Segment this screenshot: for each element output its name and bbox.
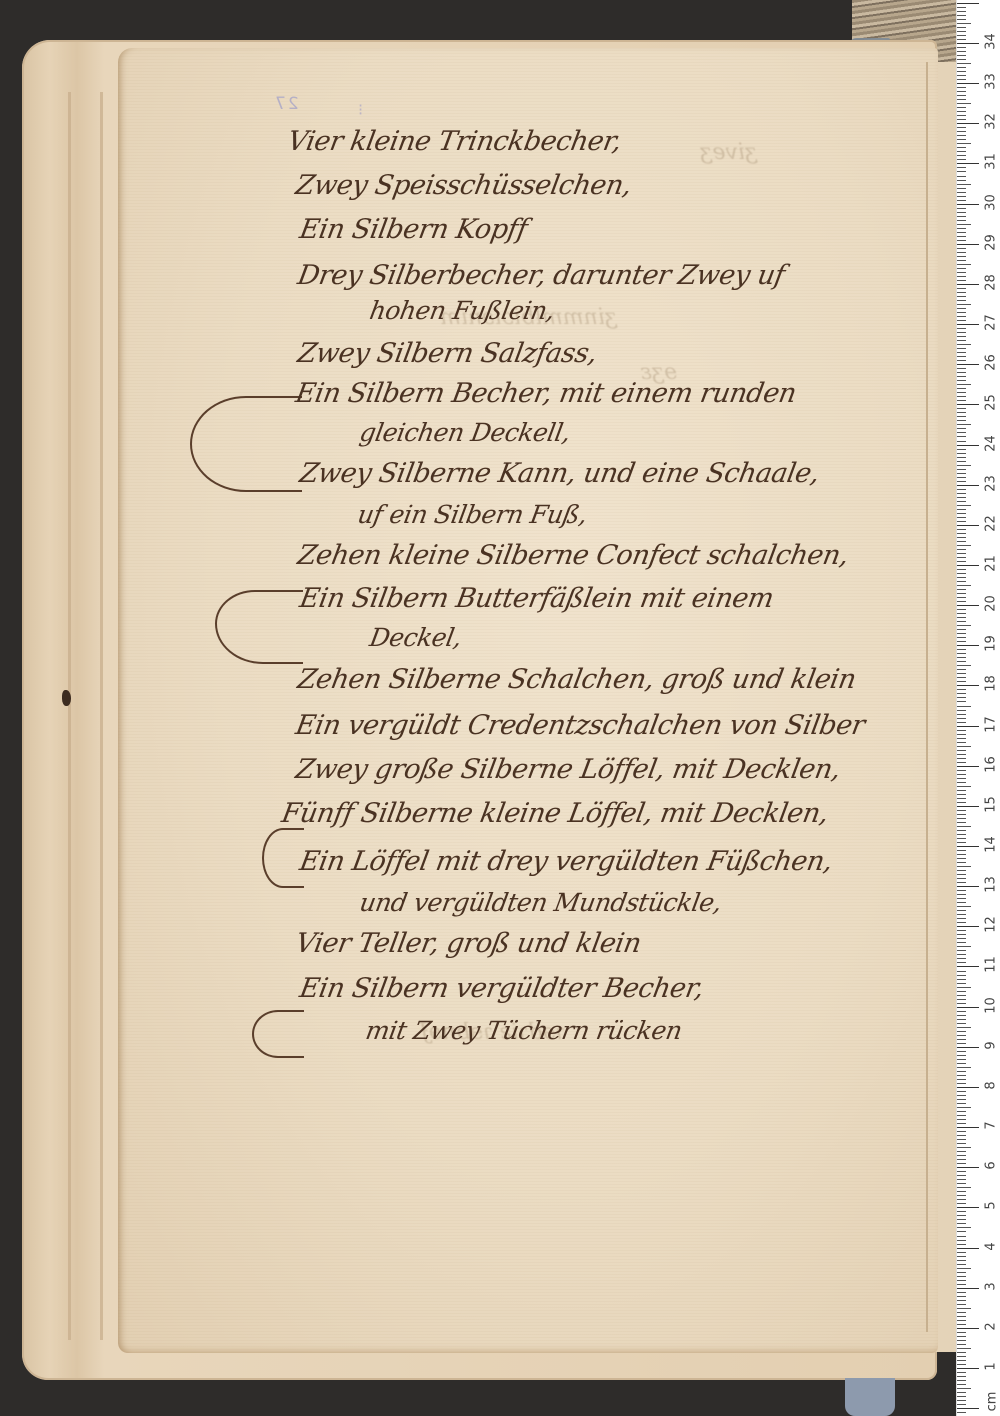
ruler-label: 18 bbox=[984, 675, 999, 693]
capital-flourish bbox=[262, 828, 304, 888]
ruler-label: 13 bbox=[984, 876, 999, 894]
ruler-tick bbox=[957, 938, 966, 939]
ruler-tick bbox=[957, 107, 966, 108]
ruler-tick bbox=[957, 1240, 966, 1241]
ruler-tick bbox=[957, 1123, 966, 1124]
ruler-tick bbox=[957, 838, 966, 839]
ruler-tick bbox=[957, 605, 979, 606]
ruler-tick bbox=[957, 930, 966, 931]
ruler-label: 20 bbox=[984, 595, 999, 613]
ruler-tick bbox=[957, 497, 966, 498]
ruler-tick bbox=[957, 794, 966, 795]
ruler-tick bbox=[957, 220, 966, 221]
ruler-label: 25 bbox=[984, 394, 999, 412]
ruler-tick bbox=[957, 43, 979, 44]
ruler-tick bbox=[957, 1003, 966, 1004]
page-edge-line bbox=[68, 92, 71, 1340]
ruler-tick bbox=[957, 1191, 966, 1192]
ruler-tick bbox=[957, 332, 966, 333]
ruler-label: 26 bbox=[984, 354, 999, 372]
ruler-tick bbox=[957, 1260, 966, 1261]
ruler-tick bbox=[957, 83, 979, 84]
ruler-tick bbox=[957, 537, 966, 538]
ruler-tick bbox=[957, 1091, 966, 1092]
ruler-tick bbox=[957, 629, 966, 630]
ruler-tick bbox=[957, 63, 971, 64]
ruler-tick bbox=[957, 1308, 971, 1309]
ruler-label: 14 bbox=[984, 836, 999, 854]
manuscript-line: Zehen kleine Silberne Confect schalchen, bbox=[295, 540, 850, 571]
ruler-tick bbox=[957, 529, 966, 530]
ruler-tick bbox=[957, 1143, 966, 1144]
page-fold-line bbox=[926, 62, 928, 1332]
ruler-tick bbox=[957, 457, 966, 458]
ruler-tick bbox=[957, 1219, 966, 1220]
ruler-tick bbox=[957, 1352, 966, 1353]
ruler-label: 22 bbox=[984, 514, 999, 532]
ruler-tick bbox=[957, 886, 979, 887]
ruler-tick bbox=[957, 898, 966, 899]
ruler-unit: cm bbox=[984, 1392, 999, 1412]
ruler-tick bbox=[957, 922, 966, 923]
capital-flourish bbox=[190, 396, 302, 492]
ruler-tick bbox=[957, 1248, 979, 1249]
ruler-tick bbox=[957, 846, 979, 847]
ruler-tick bbox=[957, 786, 971, 787]
ruler-tick bbox=[957, 1031, 966, 1032]
ruler-tick bbox=[957, 1007, 979, 1008]
ruler-tick bbox=[957, 862, 966, 863]
ruler-tick bbox=[957, 167, 966, 168]
manuscript-line: Ein Silbern Butterfäßlein mit einem bbox=[297, 583, 776, 614]
ruler-tick bbox=[957, 1376, 966, 1377]
ruler-tick bbox=[957, 934, 966, 935]
ruler-tick bbox=[957, 1051, 966, 1052]
ruler-tick bbox=[957, 966, 979, 967]
ruler-tick bbox=[957, 669, 966, 670]
ruler-tick bbox=[957, 51, 966, 52]
ruler-tick bbox=[957, 268, 966, 269]
ruler-tick bbox=[957, 1328, 979, 1329]
ruler-tick bbox=[957, 1324, 966, 1325]
ruler-tick bbox=[957, 902, 966, 903]
ruler-tick bbox=[957, 1280, 966, 1281]
ruler-tick bbox=[957, 1372, 966, 1373]
capital-flourish bbox=[252, 1010, 304, 1058]
ruler-tick bbox=[957, 569, 966, 570]
ruler-tick bbox=[957, 155, 966, 156]
ruler-tick bbox=[957, 300, 966, 301]
ruler-tick bbox=[957, 673, 966, 674]
manuscript-line: Zehen Silberne Schalchen, groß und klein bbox=[295, 664, 858, 695]
manuscript-line: mit Zwey Tüchern rücken bbox=[363, 1016, 684, 1045]
ruler-tick bbox=[957, 360, 966, 361]
ruler-label: 12 bbox=[984, 916, 999, 934]
ruler-tick bbox=[957, 1199, 966, 1200]
ruler-label: 23 bbox=[984, 474, 999, 492]
ruler-tick bbox=[957, 1288, 979, 1289]
ruler-tick bbox=[957, 1348, 971, 1349]
ruler-tick bbox=[957, 766, 979, 767]
ruler-tick bbox=[957, 814, 966, 815]
ruler-tick bbox=[957, 453, 966, 454]
ruler-tick bbox=[957, 1264, 966, 1265]
ruler-tick bbox=[957, 356, 966, 357]
ruler-tick bbox=[957, 59, 966, 60]
ruler-tick bbox=[957, 428, 966, 429]
ruler-tick bbox=[957, 573, 966, 574]
ruler-tick bbox=[957, 1384, 966, 1385]
ruler-tick bbox=[957, 135, 966, 136]
ruler-tick bbox=[957, 1316, 966, 1317]
ruler-label: 11 bbox=[984, 956, 999, 974]
ruler-tick bbox=[957, 1360, 966, 1361]
ruler-tick bbox=[957, 549, 966, 550]
ruler-tick bbox=[957, 1215, 966, 1216]
ruler-label: 29 bbox=[984, 233, 999, 251]
ruler-tick bbox=[957, 657, 966, 658]
ruler-tick bbox=[957, 336, 966, 337]
ruler-tick bbox=[957, 1392, 966, 1393]
ruler-tick bbox=[957, 364, 979, 365]
ruler-tick bbox=[957, 521, 966, 522]
ruler-tick bbox=[957, 541, 966, 542]
ruler-tick bbox=[957, 260, 966, 261]
ruler-tick bbox=[957, 1159, 966, 1160]
ruler-tick bbox=[957, 910, 966, 911]
ruler-tick bbox=[957, 123, 979, 124]
ruler-tick bbox=[957, 722, 966, 723]
ruler-tick bbox=[957, 653, 966, 654]
ruler-label: 33 bbox=[984, 73, 999, 91]
ruler-tick bbox=[957, 288, 966, 289]
ruler-tick bbox=[957, 1167, 979, 1168]
ruler-label: 10 bbox=[984, 996, 999, 1014]
ruler-tick bbox=[957, 465, 971, 466]
ruler-tick bbox=[957, 469, 966, 470]
manuscript-line: Zwey Silberne Kann, und eine Schaale, bbox=[297, 458, 821, 489]
ruler-tick bbox=[957, 196, 966, 197]
ruler-tick bbox=[957, 1292, 966, 1293]
manuscript-line: und vergüldten Mundstückle, bbox=[357, 888, 723, 917]
ruler-tick bbox=[957, 1063, 966, 1064]
ruler-label: 8 bbox=[984, 1076, 999, 1094]
ruler-tick bbox=[957, 975, 966, 976]
ruler-tick bbox=[957, 1071, 966, 1072]
ruler-tick bbox=[957, 1171, 966, 1172]
ruler-tick bbox=[957, 264, 971, 265]
ruler-tick bbox=[957, 946, 971, 947]
ruler-tick bbox=[957, 23, 971, 24]
ruler-tick bbox=[957, 593, 966, 594]
ruler-tick bbox=[957, 991, 966, 992]
ruler-tick bbox=[957, 677, 966, 678]
ink-blot bbox=[62, 690, 71, 706]
ruler-tick bbox=[957, 983, 966, 984]
ruler-tick bbox=[957, 906, 971, 907]
ruler-tick bbox=[957, 1304, 966, 1305]
ruler-tick bbox=[957, 1147, 971, 1148]
ruler-tick bbox=[957, 770, 966, 771]
ruler-tick bbox=[957, 513, 966, 514]
ruler-label: 1 bbox=[984, 1358, 999, 1376]
ruler-tick bbox=[957, 228, 966, 229]
ruler-tick bbox=[957, 926, 979, 927]
ruler-tick bbox=[957, 212, 966, 213]
ruler-label: 6 bbox=[984, 1157, 999, 1175]
ruler-tick bbox=[957, 1344, 966, 1345]
ruler-tick bbox=[957, 284, 979, 285]
ruler-tick bbox=[957, 706, 971, 707]
ruler-tick bbox=[957, 139, 966, 140]
ruler-tick bbox=[957, 200, 966, 201]
ruler-tick bbox=[957, 224, 971, 225]
ruler-tick bbox=[957, 400, 966, 401]
ruler-tick bbox=[957, 621, 966, 622]
ruler-tick bbox=[957, 589, 966, 590]
ruler-tick bbox=[957, 296, 966, 297]
ruler-tick bbox=[957, 545, 971, 546]
ruler-tick bbox=[957, 111, 966, 112]
ruler-tick bbox=[957, 565, 979, 566]
manuscript-line: gleichen Deckell, bbox=[357, 418, 572, 447]
ruler-tick bbox=[957, 493, 966, 494]
ruler-tick bbox=[957, 525, 979, 526]
ruler-tick bbox=[957, 999, 966, 1000]
ruler-tick bbox=[957, 192, 966, 193]
ruler-tick bbox=[957, 1023, 966, 1024]
ruler-tick bbox=[957, 1408, 979, 1409]
ruler-tick bbox=[957, 340, 966, 341]
manuscript-line: Ein vergüldt Credentzschalchen von Silbe… bbox=[293, 710, 867, 741]
ruler-tick bbox=[957, 645, 979, 646]
ruler-tick bbox=[957, 276, 966, 277]
ruler-tick bbox=[957, 485, 979, 486]
ruler-tick bbox=[957, 585, 971, 586]
ruler-tick bbox=[957, 236, 966, 237]
ruler-tick bbox=[957, 91, 966, 92]
ruler-tick bbox=[957, 103, 971, 104]
ruler-tick bbox=[957, 216, 966, 217]
ruler-tick bbox=[957, 39, 966, 40]
measurement-ruler: 1234567891011121314151617181920212223242… bbox=[956, 0, 1000, 1416]
manuscript-line: Vier kleine Trinckbecher, bbox=[285, 126, 623, 157]
ruler-tick bbox=[957, 954, 966, 955]
ruler-tick bbox=[957, 714, 966, 715]
ruler-tick bbox=[957, 1244, 966, 1245]
manuscript-line: Zwey große Silberne Löffel, mit Decklen, bbox=[293, 754, 842, 785]
ruler-tick bbox=[957, 55, 966, 56]
ruler-tick bbox=[957, 184, 971, 185]
ruler-tick bbox=[957, 1400, 966, 1401]
manuscript-line: Zwey Silbern Salzfass, bbox=[295, 338, 599, 369]
ruler-label: 5 bbox=[984, 1197, 999, 1215]
ruler-label: 15 bbox=[984, 795, 999, 813]
ruler-label: 24 bbox=[984, 434, 999, 452]
ruler-tick bbox=[957, 1095, 966, 1096]
ruler-tick bbox=[957, 1332, 966, 1333]
ruler-tick bbox=[957, 256, 966, 257]
ruler-tick bbox=[957, 1011, 966, 1012]
ruler-tick bbox=[957, 449, 966, 450]
ruler-tick bbox=[957, 617, 966, 618]
ruler-tick bbox=[957, 432, 966, 433]
ruler-tick bbox=[957, 501, 966, 502]
ruler-tick bbox=[957, 718, 966, 719]
folio-number-stamp: 27 bbox=[273, 94, 299, 114]
ruler-tick bbox=[957, 477, 966, 478]
ruler-tick bbox=[957, 188, 966, 189]
ruler-tick bbox=[957, 348, 966, 349]
ruler-tick bbox=[957, 561, 966, 562]
ruler-label: 27 bbox=[984, 314, 999, 332]
ruler-tick bbox=[957, 1079, 966, 1080]
ruler-tick bbox=[957, 685, 979, 686]
ruler-tick bbox=[957, 802, 966, 803]
manuscript-page bbox=[118, 48, 938, 1353]
manuscript-line: Ein Löffel mit drey vergüldten Füßchen, bbox=[297, 846, 834, 877]
ruler-tick bbox=[957, 1055, 966, 1056]
ruler-tick bbox=[957, 894, 966, 895]
ruler-tick bbox=[957, 878, 966, 879]
ruler-tick bbox=[957, 308, 966, 309]
ruler-tick bbox=[957, 1155, 966, 1156]
ruler-tick bbox=[957, 826, 971, 827]
ruler-tick bbox=[957, 404, 979, 405]
ruler-tick bbox=[957, 818, 966, 819]
ruler-tick bbox=[957, 1340, 966, 1341]
ruler-tick bbox=[957, 1356, 966, 1357]
ruler-tick bbox=[957, 292, 966, 293]
ruler-tick bbox=[957, 352, 966, 353]
ruler-tick bbox=[957, 204, 979, 205]
ruler-tick bbox=[957, 176, 966, 177]
ruler-tick bbox=[957, 918, 966, 919]
ruler-tick bbox=[957, 131, 966, 132]
ruler-tick bbox=[957, 1183, 966, 1184]
ruler-tick bbox=[957, 734, 966, 735]
ruler-tick bbox=[957, 424, 971, 425]
ruler-tick bbox=[957, 1139, 966, 1140]
ruler-tick bbox=[957, 1231, 966, 1232]
ruler-label: 4 bbox=[984, 1237, 999, 1255]
ruler-tick bbox=[957, 1312, 966, 1313]
ruler-tick bbox=[957, 1296, 966, 1297]
ruler-tick bbox=[957, 681, 966, 682]
ruler-tick bbox=[957, 782, 966, 783]
ruler-tick bbox=[957, 830, 966, 831]
ruler-tick bbox=[957, 1099, 966, 1100]
ruler-tick bbox=[957, 661, 966, 662]
ruler-label: 9 bbox=[984, 1036, 999, 1054]
ruler-tick bbox=[957, 1039, 966, 1040]
ruler-tick bbox=[957, 1256, 966, 1257]
ruler-tick bbox=[957, 328, 966, 329]
ruler-tick bbox=[957, 750, 966, 751]
ruler-tick bbox=[957, 710, 966, 711]
ruler-tick bbox=[957, 810, 966, 811]
manuscript-line: Ein Silbern vergüldter Becher, bbox=[297, 973, 706, 1004]
ruler-tick bbox=[957, 597, 966, 598]
ruler-tick bbox=[957, 1272, 966, 1273]
ruler-tick bbox=[957, 1075, 966, 1076]
ruler-tick bbox=[957, 3, 979, 4]
ruler-tick bbox=[957, 99, 966, 100]
ruler-tick bbox=[957, 1412, 966, 1413]
ruler-tick bbox=[957, 240, 966, 241]
ruler-tick bbox=[957, 312, 966, 313]
ruler-tick bbox=[957, 127, 966, 128]
ruler-tick bbox=[957, 79, 966, 80]
ruler-tick bbox=[957, 473, 966, 474]
ruler-tick bbox=[957, 19, 966, 20]
ruler-tick bbox=[957, 758, 966, 759]
ruler-label: 30 bbox=[984, 193, 999, 211]
ruler-tick bbox=[957, 693, 966, 694]
ruler-tick bbox=[957, 806, 979, 807]
ruler-tick bbox=[957, 1207, 979, 1208]
ruler-tick bbox=[957, 1119, 966, 1120]
ruler-tick bbox=[957, 1083, 966, 1084]
ruler-tick bbox=[957, 445, 979, 446]
ruler-tick bbox=[957, 822, 966, 823]
ruler-tick bbox=[957, 858, 966, 859]
ruler-tick bbox=[957, 1179, 966, 1180]
ruler-tick bbox=[957, 581, 966, 582]
ruler-label: 2 bbox=[984, 1317, 999, 1335]
ruler-tick bbox=[957, 87, 966, 88]
manuscript-line: uf ein Silbern Fuß, bbox=[355, 500, 589, 529]
ruler-tick bbox=[957, 517, 966, 518]
ruler-tick bbox=[957, 75, 966, 76]
ruler-tick bbox=[957, 557, 966, 558]
ruler-tick bbox=[957, 1336, 966, 1337]
ruler-tick bbox=[957, 159, 966, 160]
ruler-tick bbox=[957, 1404, 966, 1405]
ruler-tick bbox=[957, 489, 966, 490]
ruler-tick bbox=[957, 1027, 971, 1028]
ruler-tick bbox=[957, 280, 966, 281]
ruler-tick bbox=[957, 950, 966, 951]
ruler-tick bbox=[957, 1368, 979, 1369]
ruler-tick bbox=[957, 1107, 971, 1108]
ruler-tick bbox=[957, 854, 966, 855]
manuscript-line: Fünff Silberne kleine Löffel, mit Deckle… bbox=[279, 798, 830, 829]
page-edge-line bbox=[100, 92, 103, 1340]
ruler-tick bbox=[957, 1067, 971, 1068]
ruler-tick bbox=[957, 372, 966, 373]
ruler-tick bbox=[957, 143, 971, 144]
ruler-tick bbox=[957, 436, 966, 437]
ruler-tick bbox=[957, 320, 966, 321]
ruler-tick bbox=[957, 208, 966, 209]
ruler-tick bbox=[957, 850, 966, 851]
ruler-tick bbox=[957, 316, 966, 317]
ruler-tick bbox=[957, 1015, 966, 1016]
ruler-tick bbox=[957, 1388, 971, 1389]
ruler-tick bbox=[957, 1364, 966, 1365]
ruler-tick bbox=[957, 1276, 966, 1277]
manuscript-line: Vier Teller, groß und klein bbox=[293, 928, 643, 959]
ruler-tick bbox=[957, 1087, 979, 1088]
ruler-tick bbox=[957, 625, 971, 626]
ruler-tick bbox=[957, 1203, 966, 1204]
ruler-tick bbox=[957, 730, 966, 731]
ruler-tick bbox=[957, 633, 966, 634]
ruler-tick bbox=[957, 798, 966, 799]
ruler-tick bbox=[957, 1223, 966, 1224]
ruler-tick bbox=[957, 171, 966, 172]
